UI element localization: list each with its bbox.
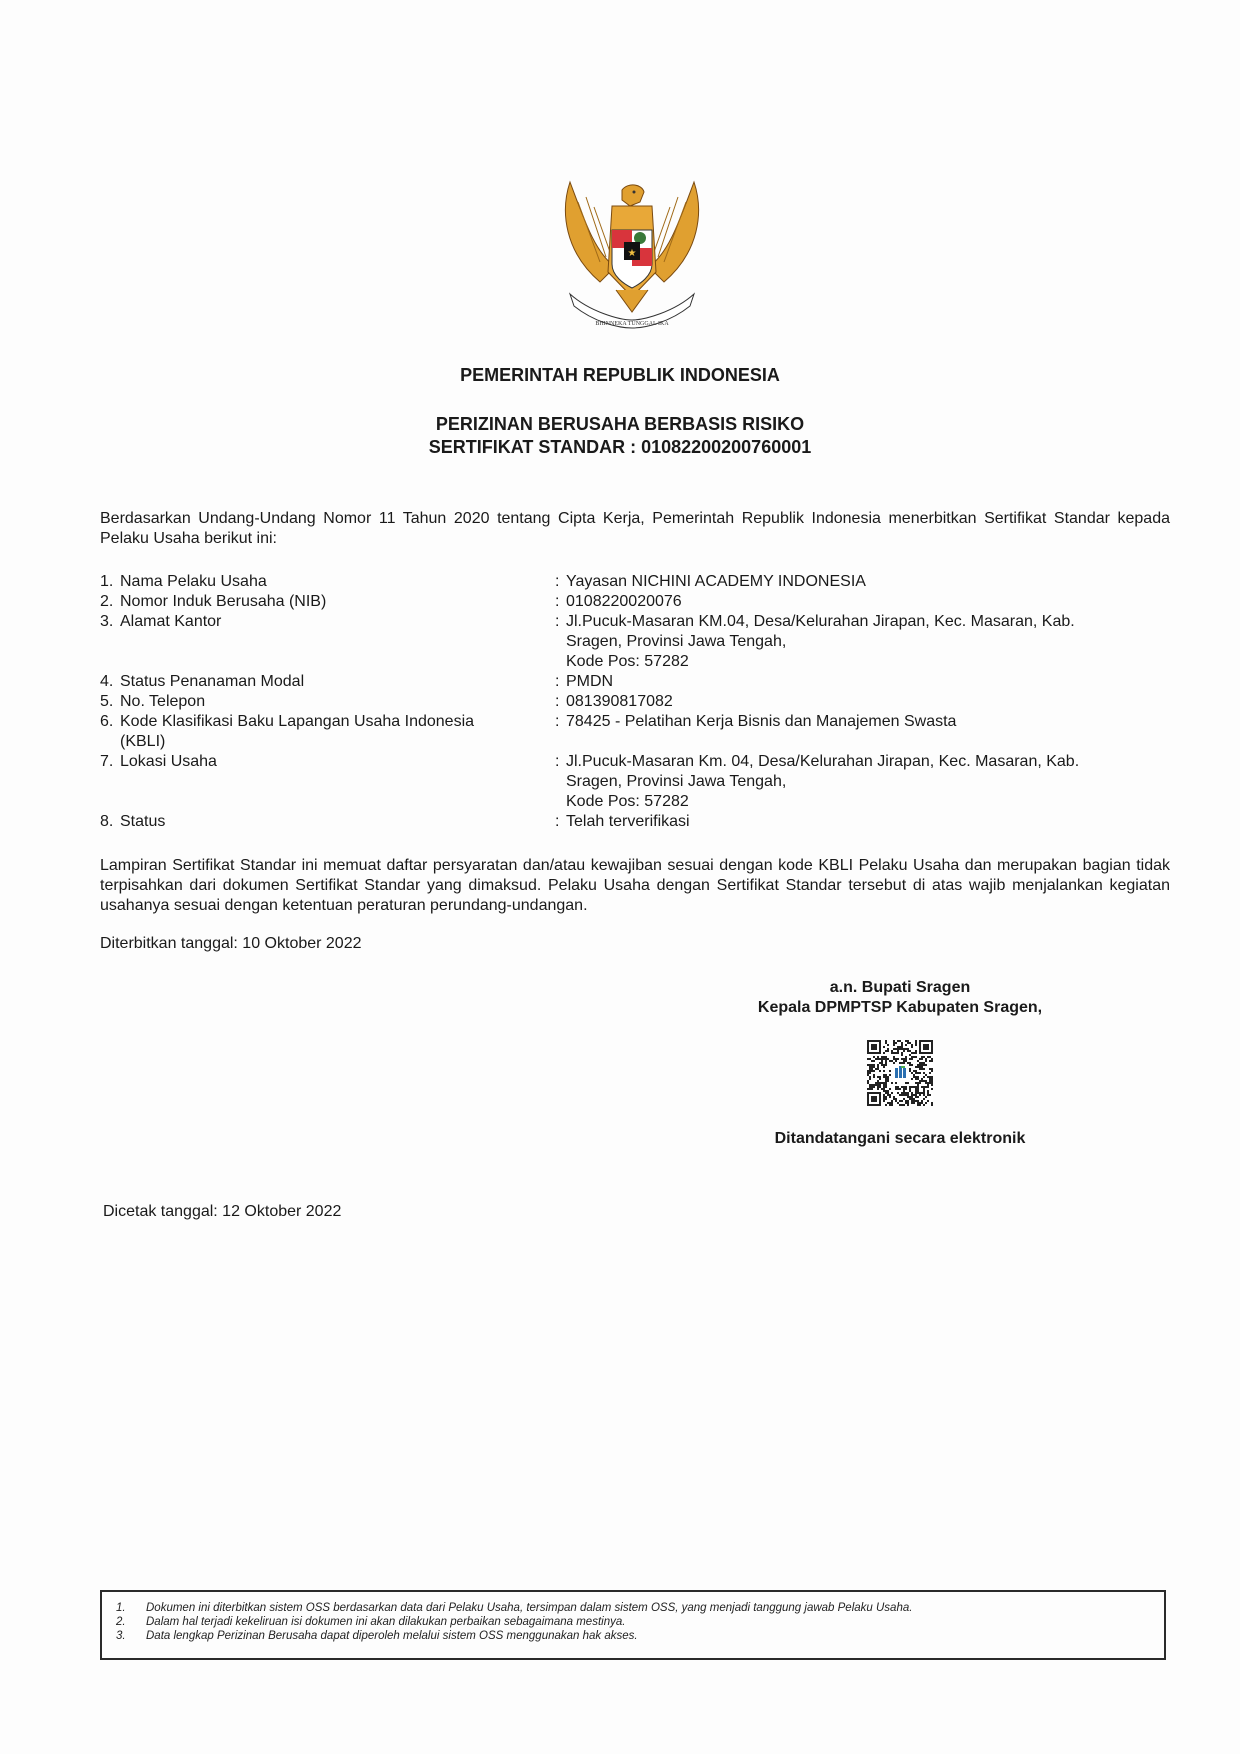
field-number: 3. (100, 612, 120, 632)
qr-code-icon[interactable] (867, 1040, 933, 1106)
certificate-title: PERIZINAN BERUSAHA BERBASIS RISIKO (0, 413, 1240, 436)
field-row: 3.Alamat Kantor:Jl.Pucuk-Masaran KM.04, … (100, 612, 1170, 672)
field-label-continuation: (KBLI) (100, 732, 555, 752)
electronic-signature-note: Ditandatangani secara elektronik (720, 1130, 1080, 1148)
certificate-heading: PERIZINAN BERUSAHA BERBASIS RISIKO SERTI… (0, 413, 1240, 459)
field-value-text: 081390817082 (566, 693, 673, 710)
field-label: 7.Lokasi Usaha (100, 752, 555, 812)
signatory-title: Kepala DPMPTSP Kabupaten Sragen, (720, 998, 1080, 1018)
field-label-text: Status Penanaman Modal (120, 673, 304, 690)
field-number: 1. (100, 572, 120, 592)
field-value-text: 0108220020076 (566, 593, 682, 610)
field-value: :Jl.Pucuk-Masaran Km. 04, Desa/Kelurahan… (555, 752, 1165, 812)
field-label-text: Alamat Kantor (120, 613, 221, 630)
field-label-text: Lokasi Usaha (120, 753, 217, 770)
footer-note-number: 1. (116, 1601, 146, 1615)
field-row: 4.Status Penanaman Modal:PMDN (100, 672, 1170, 692)
garuda-emblem-icon: ★ BHINNEKA TUNGGAL IKA (560, 172, 704, 332)
field-number: 8. (100, 812, 120, 832)
footer-note: 2.Dalam hal terjadi kekeliruan isi dokum… (116, 1615, 1164, 1629)
field-row: 1.Nama Pelaku Usaha:Yayasan NICHINI ACAD… (100, 572, 1170, 592)
field-label: 3.Alamat Kantor (100, 612, 555, 672)
field-number: 7. (100, 752, 120, 772)
field-value: :0108220020076 (555, 592, 1165, 612)
field-separator: : (555, 672, 566, 692)
field-label: 4.Status Penanaman Modal (100, 672, 555, 692)
field-label-text: No. Telepon (120, 693, 205, 710)
field-number: 2. (100, 592, 120, 612)
field-separator: : (555, 692, 566, 712)
field-value: :081390817082 (555, 692, 1165, 712)
footer-note-text: Dalam hal terjadi kekeliruan isi dokumen… (146, 1615, 625, 1629)
government-heading: PEMERINTAH REPUBLIK INDONESIA (0, 365, 1240, 386)
field-value-text: PMDN (566, 673, 613, 690)
field-row: 5.No. Telepon:081390817082 (100, 692, 1170, 712)
field-label: 2.Nomor Induk Berusaha (NIB) (100, 592, 555, 612)
footer-note: 1.Dokumen ini diterbitkan sistem OSS ber… (116, 1601, 1164, 1615)
field-separator: : (555, 812, 566, 832)
signatory-on-behalf: a.n. Bupati Sragen (720, 978, 1080, 998)
field-value-continuation: Sragen, Provinsi Jawa Tengah, (555, 632, 1165, 652)
footer-note-number: 3. (116, 1629, 146, 1643)
footer-note-text: Data lengkap Perizinan Berusaha dapat di… (146, 1629, 638, 1643)
field-separator: : (555, 752, 566, 772)
field-label-text: Nomor Induk Berusaha (NIB) (120, 593, 326, 610)
field-number: 4. (100, 672, 120, 692)
field-label-text: Nama Pelaku Usaha (120, 573, 267, 590)
svg-text:BHINNEKA TUNGGAL IKA: BHINNEKA TUNGGAL IKA (595, 321, 669, 327)
field-value-continuation: Sragen, Provinsi Jawa Tengah, (555, 772, 1165, 792)
field-value: :Jl.Pucuk-Masaran KM.04, Desa/Kelurahan … (555, 612, 1165, 672)
svg-text:★: ★ (628, 248, 637, 259)
field-value-continuation: Kode Pos: 57282 (555, 792, 1165, 812)
field-value: :Yayasan NICHINI ACADEMY INDONESIA (555, 572, 1165, 592)
intro-paragraph: Berdasarkan Undang-Undang Nomor 11 Tahun… (100, 509, 1170, 549)
footer-notes-box: 1.Dokumen ini diterbitkan sistem OSS ber… (100, 1590, 1166, 1660)
footer-note-number: 2. (116, 1615, 146, 1629)
printed-date: Dicetak tanggal: 12 Oktober 2022 (103, 1203, 341, 1221)
field-value-text: Telah terverifikasi (566, 813, 690, 830)
certificate-page: ★ BHINNEKA TUNGGAL IKA PEMERINTAH REPUBL… (0, 0, 1240, 1754)
footer-note: 3.Data lengkap Perizinan Berusaha dapat … (116, 1629, 1164, 1643)
field-row: 7.Lokasi Usaha:Jl.Pucuk-Masaran Km. 04, … (100, 752, 1170, 812)
field-label: 8.Status (100, 812, 555, 832)
field-value-text: Jl.Pucuk-Masaran Km. 04, Desa/Kelurahan … (566, 753, 1079, 770)
field-value-continuation: Kode Pos: 57282 (555, 652, 1165, 672)
field-value: :PMDN (555, 672, 1165, 692)
field-label-text: Status (120, 813, 165, 830)
field-label-text: Kode Klasifikasi Baku Lapangan Usaha Ind… (120, 713, 474, 730)
field-value-text: Jl.Pucuk-Masaran KM.04, Desa/Kelurahan J… (566, 613, 1075, 630)
field-label: 6.Kode Klasifikasi Baku Lapangan Usaha I… (100, 712, 555, 752)
footer-note-text: Dokumen ini diterbitkan sistem OSS berda… (146, 1601, 912, 1615)
field-number: 5. (100, 692, 120, 712)
signatory-block: a.n. Bupati Sragen Kepala DPMPTSP Kabupa… (720, 978, 1080, 1018)
field-value-text: 78425 - Pelatihan Kerja Bisnis dan Manaj… (566, 713, 956, 730)
certificate-number: SERTIFIKAT STANDAR : 01082200200760001 (0, 436, 1240, 459)
field-value: :Telah terverifikasi (555, 812, 1165, 832)
field-label: 1.Nama Pelaku Usaha (100, 572, 555, 592)
field-row: 2.Nomor Induk Berusaha (NIB):01082200200… (100, 592, 1170, 612)
field-separator: : (555, 572, 566, 592)
field-row: 8.Status:Telah terverifikasi (100, 812, 1170, 832)
field-number: 6. (100, 712, 120, 732)
field-value-text: Yayasan NICHINI ACADEMY INDONESIA (566, 573, 866, 590)
field-label: 5.No. Telepon (100, 692, 555, 712)
field-separator: : (555, 592, 566, 612)
business-details-list: 1.Nama Pelaku Usaha:Yayasan NICHINI ACAD… (100, 572, 1170, 832)
issued-date: Diterbitkan tanggal: 10 Oktober 2022 (100, 935, 362, 953)
field-separator: : (555, 612, 566, 632)
field-separator: : (555, 712, 566, 732)
field-row: 6.Kode Klasifikasi Baku Lapangan Usaha I… (100, 712, 1170, 752)
attachment-paragraph: Lampiran Sertifikat Standar ini memuat d… (100, 856, 1170, 916)
field-value: :78425 - Pelatihan Kerja Bisnis dan Mana… (555, 712, 1165, 752)
